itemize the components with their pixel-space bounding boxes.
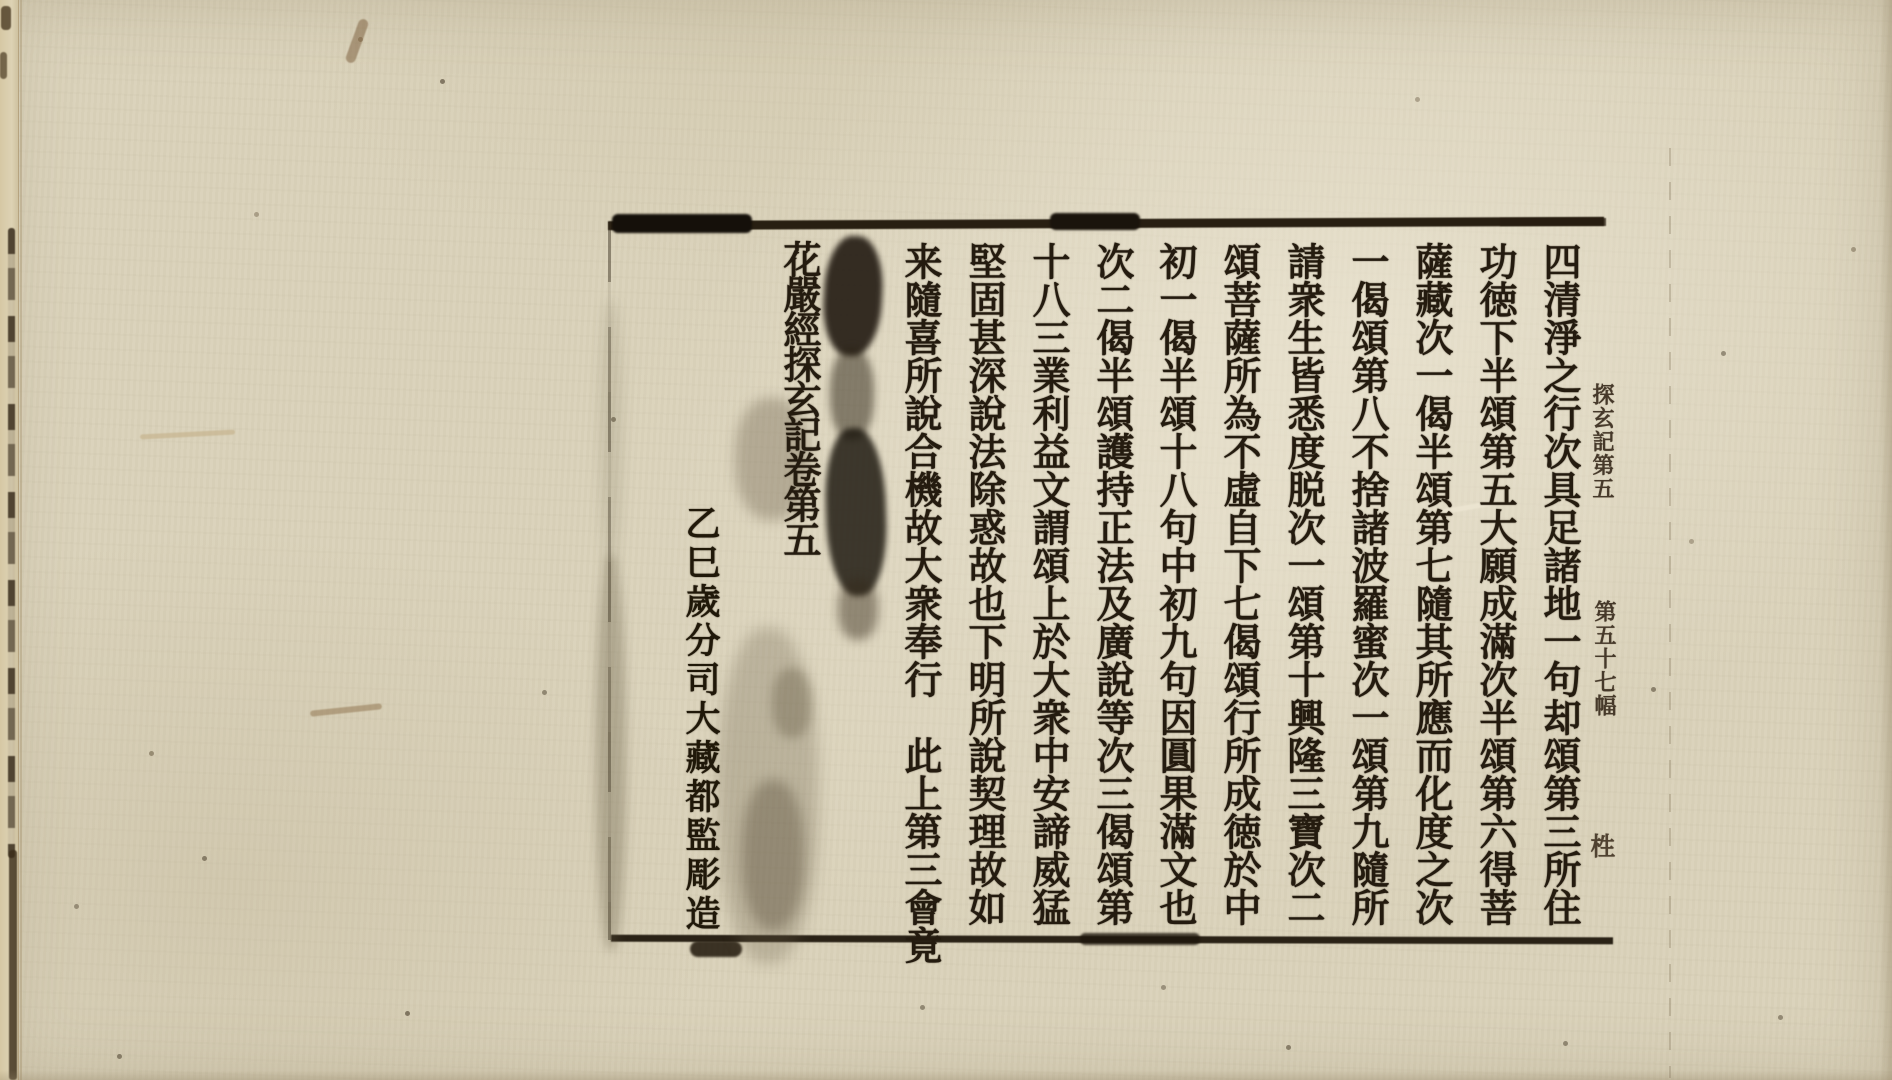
paper-fold-crease bbox=[1669, 148, 1671, 1078]
title-column: 花嚴經探玄記卷第五 bbox=[763, 240, 817, 570]
paper-specks bbox=[0, 0, 3, 3]
border-ink-blob bbox=[612, 214, 752, 233]
margin-label-fascicle: 探玄記第五 bbox=[1591, 383, 1613, 501]
paper-fiber bbox=[140, 430, 235, 440]
text-column-1: 四清淨之行次具足諸地一句却頌第三所住 bbox=[1527, 242, 1577, 948]
text-column-7: 初一偈半頌十八句中初九句因圓果滿文也 bbox=[1143, 242, 1193, 948]
page-bottom-shade bbox=[0, 1070, 1892, 1080]
block-border-top-end bbox=[1500, 218, 1606, 226]
edge-ink-blob bbox=[0, 52, 7, 79]
edge-ink-blob bbox=[1, 6, 11, 30]
ink-smear bbox=[838, 578, 878, 640]
left-edge-ink-line-lower bbox=[9, 850, 17, 1080]
text-column-6: 頌菩薩所為不虛自下七偈頌行所成徳於中 bbox=[1207, 242, 1257, 948]
text-column-11: 来隨喜所說合機故大衆奉行 此上第三會竟 bbox=[888, 242, 938, 948]
colophon-column: 乙巳歲分司大藏都監彫造 bbox=[668, 505, 718, 941]
paper-fiber bbox=[344, 18, 369, 65]
paper-fiber bbox=[310, 703, 382, 716]
page-right-shade bbox=[1880, 0, 1892, 1080]
ink-smudge bbox=[742, 780, 804, 930]
ink-smudge bbox=[600, 300, 622, 570]
text-column-9: 十八三業利益文謂頌上於大衆中安諦威猛 bbox=[1016, 242, 1066, 948]
woodblock-sutra-page-scan: 四清淨之行次具足諸地一句却頌第三所住 功徳下半頌第五大願成滿次半頌第六得菩 薩藏… bbox=[0, 0, 1892, 1080]
ink-smudge bbox=[596, 555, 626, 950]
ink-smear bbox=[830, 348, 874, 440]
text-column-10: 堅固甚深說法除惑故也下明所說契理故如 bbox=[952, 242, 1002, 948]
border-ink-drip bbox=[690, 941, 742, 957]
text-column-8: 次二偈半頌護持正法及廣說等次三偈頌第 bbox=[1080, 242, 1130, 948]
margin-label-sheet-number: 第五十七幅 bbox=[1593, 600, 1615, 718]
ink-smudge bbox=[772, 668, 812, 738]
border-ink-blob bbox=[1050, 213, 1140, 230]
left-edge-ink-line bbox=[8, 228, 15, 858]
text-column-3: 薩藏次一偈半頌第七隨其所應而化度之次 bbox=[1399, 242, 1449, 948]
text-column-5: 請衆生皆悉度脱次一頌第十興隆三寶次二 bbox=[1271, 242, 1321, 948]
text-column-4: 一偈頌第八不捨諸波羅蜜次一頌第九隨所 bbox=[1335, 242, 1385, 948]
text-column-2: 功徳下半頌第五大願成滿次半頌第六得菩 bbox=[1463, 242, 1513, 948]
margin-collation-mark: 栍 bbox=[1588, 833, 1613, 860]
left-edge-crease bbox=[20, 0, 22, 1080]
